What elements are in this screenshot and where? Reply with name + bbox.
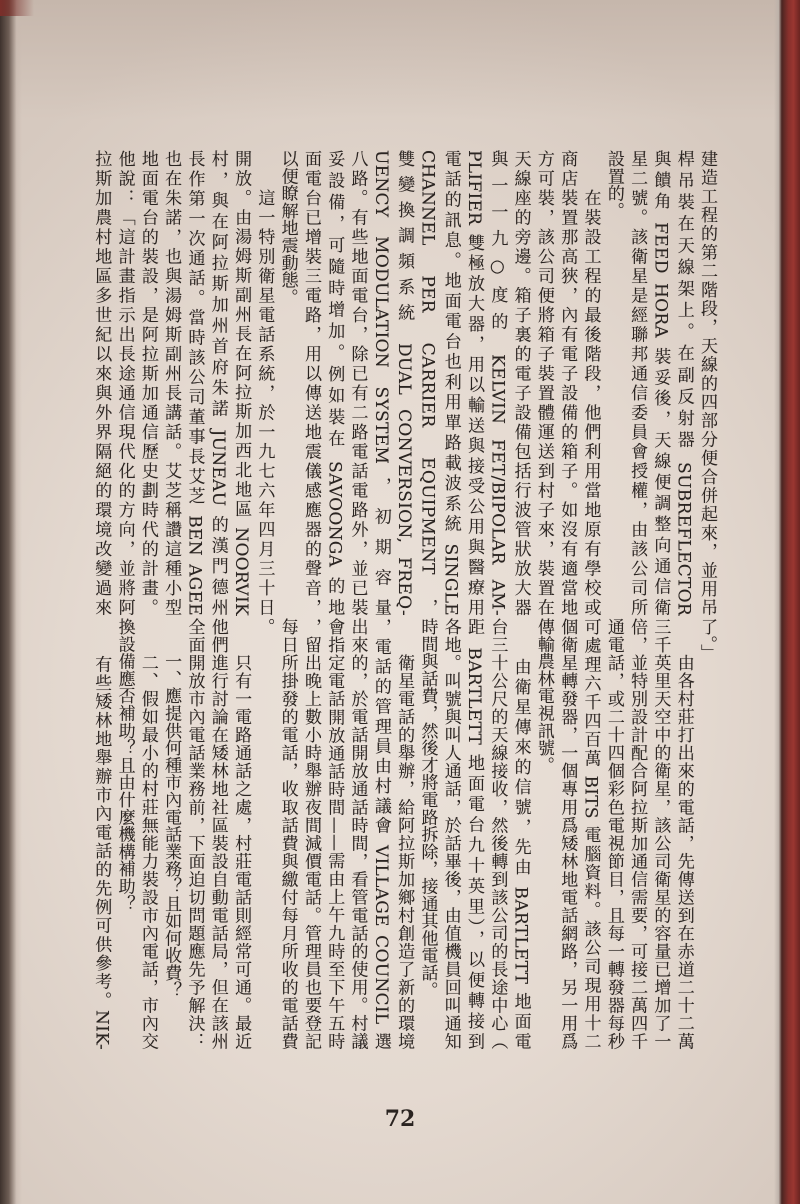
top-shadow <box>0 0 800 120</box>
text-column: 方可裝，該公司便將箱子裝置體運送到村子來，裝置在 <box>532 150 555 616</box>
text-column: 通電話，或二十四個彩色電視節目，且每一轉發器每秒 <box>602 618 625 1050</box>
text-column: 距 BARTLETT 地面電台九十英里），以便轉接到 <box>462 618 485 1050</box>
lower-text-block: 了。」 由各村莊打出來的電話，先傳送到在赤道二十二萬 三千英里天空中的衛星，該公… <box>88 618 718 1050</box>
text-column: 傳輸農林電視訊號。 <box>532 618 555 1050</box>
text-column: 妥設備，可隨時增加。例如裝在 SAVOONGA 的地 <box>322 150 345 616</box>
text-column: 。 <box>252 618 275 1050</box>
text-column: 長作第一次通話。當時該公司董事長艾芝 BEN AGEE <box>182 150 205 616</box>
text-column: 換設備應否補助？且由什麼機構補助？ <box>112 618 135 1050</box>
text-column: 也在朱諾，也與湯姆斯副州長講話。艾芝稱讚這種小型 <box>159 150 182 616</box>
text-column: 與一一九○度的 KELVIN FET/BIPOLAR AM- <box>485 150 508 616</box>
text-column: 可處理六千四百萬 BITS 電腦資料。該公司現用十二 <box>578 618 601 1050</box>
text-column: 由衛星傳來的信號，先由 BARTLETT 地面電 <box>508 618 531 1050</box>
text-column: ，留出晚上數小時舉辦夜間減價電話。管理員也要登記 <box>299 618 322 1050</box>
text-column: 建造工程的第二階段，天線的四部分便合併起來，並用吊 <box>695 150 718 616</box>
text-column: 電話的訊息。地面電台也利用單路載波系統 SINGLE <box>438 150 461 616</box>
book-binding-edge <box>0 0 22 1204</box>
text-column: 他說：「這計畫指示出長途通信現代化的方向，並將阿 <box>112 150 135 616</box>
text-column: 只有一電路通話之處，村莊電話則經常可通。最近 <box>229 618 252 1050</box>
text-column: ，電話的管理員由村議會 VILLAGE COUNCIL 選 <box>369 618 392 1050</box>
text-column: 設置的。 <box>602 150 625 616</box>
text-column: 每日所掛發的電話，收取話費與繳付每月所收的電話費 <box>275 618 298 1050</box>
text-column: 一、應提供何種市內電話業務？且如何收費？ <box>159 618 182 1050</box>
text-column: 出來的，於電話開放通話時間，看管電話的使用。村議 <box>345 618 368 1050</box>
text-column: 桿吊裝在天線架上。在副反射器 SUBREFLECTOR <box>671 150 694 616</box>
text-column: 星二號。該衛星是經聯邦通信委員會授權，由該公司所 <box>625 150 648 616</box>
text-column: 衛星電話的舉辦，給阿拉斯加鄉村創造了新的環境 <box>392 618 415 1050</box>
page-number: 72 <box>370 1106 430 1132</box>
text-column: 台三十公尺的天線接收，然後轉到該公司的長途中心（ <box>485 618 508 1050</box>
text-column: 二、假如最小的村莊無能力裝設市內電話，市內交 <box>136 618 159 1050</box>
upper-text-block: 建造工程的第二階段，天線的四部分便合併起來，並用吊 桿吊裝在天線架上。在副反射器… <box>88 150 718 616</box>
text-column: 他們進行討論在矮林地社區裝設自動電話局，但在該州 <box>205 618 228 1050</box>
text-column: 以便瞭解地震動態。 <box>275 150 298 616</box>
text-column: 開放。由湯姆斯副州長在阿拉斯加西北地區 NOORVIK <box>229 150 252 616</box>
book-page: 建造工程的第二階段，天線的四部分便合併起來，並用吊 桿吊裝在天線架上。在副反射器… <box>0 0 800 1204</box>
text-column: 會指定電話開放通話時間——需由上午九時至下午五時 <box>322 618 345 1050</box>
book-cover-edge <box>774 0 800 1204</box>
text-column: 與饋角 FEED HORA 裝妥後，天線便調整向通信衛 <box>648 150 671 616</box>
text-column: 地面電台的裝設，是阿拉斯加通信歷史劃時代的計畫。 <box>136 150 159 616</box>
text-column: 村，與在阿拉斯加州首府朱諾 JUNEAU 的漢門德州 <box>205 150 228 616</box>
text-column: 個衛星轉發器，一個專用爲矮林地電話網路，另一用爲 <box>555 618 578 1050</box>
text-column: 由各村莊打出來的電話，先傳送到在赤道二十二萬 <box>671 618 694 1050</box>
text-column: 全面開放市內電話業務前，下面迫切問題應先予解決： <box>182 618 205 1050</box>
text-column: 天線座的旁邊。箱子裏的電子設備包括行波管狀放大器 <box>508 150 531 616</box>
text-column: 各地。叫號與叫人通話，於話畢後，由值機員回叫通知 <box>438 618 461 1050</box>
text-column: 三千英里天空中的衛星，該公司衛星的容量已增加了一 <box>648 618 671 1050</box>
text-column: PLIFIER 雙極放大器，用以輸送與接受公用與醫療用 <box>462 150 485 616</box>
text-column: 有些矮林地舉辦市內電話的先例可供參考。NIK- <box>89 618 112 1050</box>
text-column: 拉斯加農村地區多世紀以來與外界隔絕的環境改變過來 <box>89 150 112 616</box>
text-column: 商店裝置那高狹，內有電子設備的箱子。如沒有適當地 <box>555 150 578 616</box>
text-column: 在裝設工程的最後階段，他們利用當地原有學校或 <box>578 150 601 616</box>
text-column: 面電台已增裝三電路，用以傳送地震儀感應器的聲音， <box>299 150 322 616</box>
text-column: 雙變換調頻系統 DUAL CONVERSION, FREQ- <box>392 150 415 616</box>
text-column: 了。」 <box>695 618 718 1050</box>
text-column: 八路。有些地面電台，除已有二路電話電路外，並已裝 <box>345 150 368 616</box>
text-column: 時間與話費，然後才將電路拆除，接通其他電話。 <box>415 618 438 1050</box>
text-column: 這一特別衛星電話系統，於一九七六年四月三十日 <box>252 150 275 616</box>
text-column: CHANNEL PER CARRIER EQUIPMENT， <box>415 150 438 616</box>
text-column: 倍，並特別設計配合阿拉斯加通信需要，可接二萬四千 <box>625 618 648 1050</box>
corner-mark <box>0 0 34 16</box>
text-column: UENCY MODULATION SYSTEM，初期容量 <box>369 150 392 616</box>
